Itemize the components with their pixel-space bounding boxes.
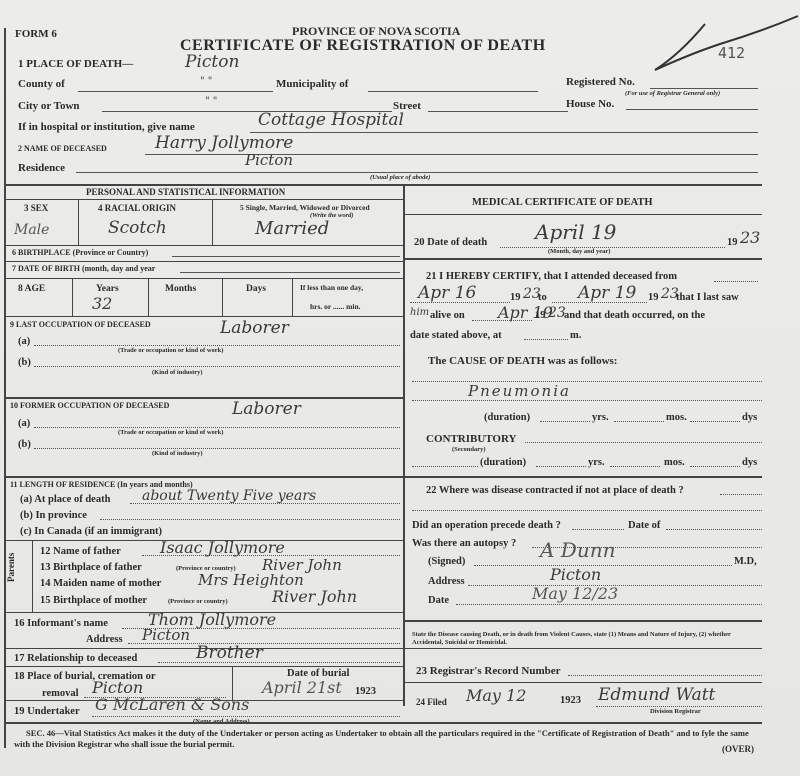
former-occupation-a-field[interactable] [34, 427, 400, 428]
burial-date-year: 1923 [355, 686, 376, 697]
rule [4, 278, 403, 279]
rule [4, 261, 403, 262]
physician-date-field[interactable] [456, 604, 762, 605]
footer-notice: SEC. 46—Vital Statistics Act makes it th… [14, 728, 762, 750]
secondary-note: (Secondary) [452, 446, 486, 453]
city-label: City or Town [18, 100, 80, 112]
rule [148, 278, 149, 316]
rule [78, 199, 79, 245]
rule [4, 316, 403, 317]
house-no-field[interactable] [626, 109, 758, 110]
father-name-label: 12 Name of father [40, 546, 121, 557]
filed-label: 24 Filed [416, 697, 447, 707]
in-province-field[interactable] [100, 519, 400, 520]
sex-label: 3 SEX [24, 203, 48, 213]
mos-label: mos. [666, 412, 687, 423]
birthplace-field[interactable] [172, 256, 400, 257]
mother-name-label: 14 Maiden name of mother [40, 578, 161, 589]
grid-bottom-rule [4, 722, 762, 724]
registrar-signature-field[interactable] [596, 706, 762, 707]
signed-value[interactable]: A Dunn [540, 538, 615, 562]
signed-field[interactable] [474, 565, 732, 566]
place-of-death-value[interactable]: Picton [185, 52, 239, 72]
contracted-label: 22 Where was disease contracted if not a… [426, 485, 684, 496]
time-of-death-field[interactable] [524, 339, 568, 340]
last-occupation-a-label: (a) [18, 336, 30, 347]
rule [403, 476, 762, 478]
former-trade-note: (Trade or occupation or kind of work) [118, 429, 223, 436]
county-value: " " [200, 76, 212, 87]
yrs-label: yrs. [592, 412, 609, 423]
birthplace-label: 6 BIRTHPLACE (Province or Country) [12, 248, 148, 257]
in-province-label: (b) In province [20, 510, 87, 521]
mother-birthplace-label: 15 Birthplace of mother [40, 595, 147, 606]
relationship-value[interactable]: Brother [196, 643, 263, 663]
record-number-field[interactable] [568, 675, 762, 676]
mother-birthplace-note: (Province or country) [168, 598, 228, 605]
rule [403, 214, 762, 215]
contributory-dys-field[interactable] [690, 466, 740, 467]
last-saw-label: that I last saw [676, 292, 739, 303]
contributory-pre-field[interactable] [412, 466, 478, 467]
hospital-value[interactable]: Cottage Hospital [258, 110, 404, 130]
filed-value[interactable]: May 12 [466, 686, 526, 705]
record-number-label: 23 Registrar's Record Number [416, 665, 561, 677]
municipality-label: Municipality of [276, 78, 348, 90]
rule [212, 199, 213, 245]
relationship-label: 17 Relationship to deceased [14, 653, 137, 664]
rule [222, 278, 223, 316]
residence-label: Residence [18, 162, 65, 174]
attended-from-value[interactable]: Apr 16 [418, 283, 476, 303]
last-occupation-b-label: (b) [18, 357, 31, 368]
cause-label: The CAUSE OF DEATH was as follows: [428, 355, 617, 367]
certify-field[interactable] [714, 281, 758, 282]
informant-name-label: 16 Informant's name [14, 618, 108, 629]
contributory-field[interactable] [525, 442, 762, 443]
hospital-label: If in hospital or institution, give name [18, 121, 195, 133]
contributory-dys-label: dys [742, 457, 757, 468]
medical-section-title: MEDICAL CERTIFICATE OF DEATH [472, 197, 653, 208]
contracted-field-2[interactable] [412, 510, 762, 511]
date-of-death-year-prefix: 19 [727, 237, 738, 248]
certify-label: 21 I HEREBY CERTIFY, that I attended dec… [426, 271, 677, 282]
marital-value[interactable]: Married [255, 218, 329, 239]
left-border [4, 28, 6, 748]
former-occupation-value[interactable]: Laborer [232, 399, 301, 419]
operation-label: Did an operation precede death ? [412, 520, 561, 531]
cause-field-1[interactable] [412, 381, 762, 382]
years-label: Years [96, 284, 119, 294]
contributory-mos-field[interactable] [610, 466, 660, 467]
days-label: Days [246, 284, 266, 294]
last-occupation-label: 9 LAST OCCUPATION OF DECEASED [10, 320, 151, 329]
burial-removal-label: removal [42, 688, 79, 699]
attended-to-value[interactable]: Apr 19 [578, 283, 636, 303]
racial-origin-label: 4 RACIAL ORIGIN [98, 203, 176, 213]
street-field[interactable] [428, 111, 568, 112]
months-label: Months [165, 284, 196, 294]
from-year-prefix: 19 [510, 292, 521, 303]
autopsy-label: Was there an autopsy ? [412, 538, 516, 549]
hrs-min-label: hrs. or ...... min. [310, 302, 361, 311]
md-label: M.D, [734, 556, 757, 567]
last-occupation-b-field[interactable] [34, 366, 400, 367]
occurred-label: and that death occurred, on the [564, 310, 705, 321]
duration-label: (duration) [484, 412, 530, 423]
registrar-note: Division Registrar [650, 708, 701, 715]
last-occupation-a-field[interactable] [34, 345, 400, 346]
operation-field[interactable] [572, 529, 624, 530]
personal-section-title: PERSONAL AND STATISTICAL INFORMATION [86, 187, 285, 197]
over-label: (OVER) [722, 744, 754, 754]
rule [4, 245, 403, 246]
rule [32, 540, 33, 612]
relationship-field[interactable] [158, 662, 400, 663]
municipality-field[interactable] [368, 91, 538, 92]
residence-value[interactable]: Picton [245, 151, 293, 169]
duration-dys-field[interactable] [690, 421, 740, 422]
rule [403, 258, 762, 260]
parents-side-label: Parents [6, 553, 16, 582]
at-place-value[interactable]: about Twenty Five years [142, 488, 316, 504]
mother-birthplace-value[interactable]: River John [272, 587, 357, 606]
house-no-label: House No. [566, 98, 614, 110]
him-value[interactable]: him [410, 307, 429, 318]
to-label: to [538, 292, 547, 303]
date-stated-label: date stated above, at [410, 330, 502, 341]
alive-year-prefix: 19 [535, 310, 546, 321]
registered-no-field[interactable] [650, 88, 758, 89]
form-number: FORM 6 [15, 28, 57, 40]
registered-no-note: (For use of Registrar General only) [625, 90, 720, 97]
father-name-value[interactable]: Isaac Jollymore [160, 538, 285, 557]
date-of-death-year[interactable]: 23 [740, 228, 760, 247]
informant-address-label: Address [86, 634, 123, 645]
contributory-duration-label: (duration) [480, 457, 526, 468]
years-value[interactable]: 32 [92, 294, 112, 313]
county-field[interactable] [78, 91, 273, 92]
sex-value[interactable]: Male [14, 222, 49, 238]
contributory-yrs-label: yrs. [588, 457, 605, 468]
registrar-signature[interactable]: Edmund Watt [598, 685, 715, 705]
duration-mos-field[interactable] [614, 421, 664, 422]
physician-address-value[interactable]: Picton [550, 565, 601, 584]
former-occupation-a-label: (a) [18, 418, 30, 429]
rule [403, 620, 762, 622]
former-occupation-b-label: (b) [18, 439, 31, 450]
signed-label: (Signed) [428, 556, 465, 567]
former-industry-note: (Kind of industry) [152, 450, 203, 457]
dob-label: 7 DATE OF BIRTH (month, day and year [12, 264, 155, 273]
city-value: " " [205, 96, 217, 107]
deceased-name-field[interactable] [145, 154, 758, 155]
registered-no-label: Registered No. [566, 76, 635, 88]
hospital-field[interactable] [250, 132, 758, 133]
to-year-prefix: 19 [648, 292, 659, 303]
father-birthplace-label: 13 Birthplace of father [40, 562, 142, 573]
racial-origin-value[interactable]: Scotch [108, 218, 167, 238]
rule [4, 397, 403, 399]
physician-date-value[interactable]: May 12/23 [532, 584, 618, 603]
deceased-name-label: 2 NAME OF DECEASED [18, 144, 107, 153]
filed-year: 1923 [560, 695, 581, 706]
date-of-label: Date of [628, 520, 660, 531]
trade-note: (Trade or occupation or kind of work) [118, 347, 223, 354]
date-of-death-label: 20 Date of death [414, 237, 487, 248]
former-occupation-b-field[interactable] [34, 448, 400, 449]
rule [403, 682, 762, 683]
physician-address-label: Address [428, 576, 465, 587]
alive-on-label: alive on [430, 310, 465, 321]
rule [4, 666, 403, 667]
undertaker-field[interactable] [92, 716, 400, 717]
marital-label: 5 Single, Married, Widowed or Divorced [240, 203, 390, 212]
in-canada-label: (c) In Canada (if an immigrant) [20, 526, 162, 537]
undertaker-value[interactable]: G McLaren & Sons [95, 695, 249, 714]
center-divider [403, 184, 405, 706]
informant-address-value[interactable]: Picton [142, 626, 190, 644]
age-label: 8 AGE [18, 284, 45, 294]
residence-field[interactable] [76, 172, 758, 173]
m-label: m. [570, 330, 581, 341]
contributory-yrs-field[interactable] [536, 466, 586, 467]
undertaker-label: 19 Undertaker [14, 706, 80, 717]
rule [4, 199, 403, 200]
place-of-death-label: 1 PLACE OF DEATH— [18, 58, 133, 70]
contributory-mos-label: mos. [664, 457, 685, 468]
residence-note: (Usual place of abode) [370, 174, 430, 181]
burial-date-value[interactable]: April 21st [262, 678, 342, 697]
industry-note: (Kind of industry) [152, 369, 203, 376]
cause-field-2[interactable] [412, 400, 762, 401]
less-than-day-label: If less than one day, [300, 283, 363, 292]
date-of-death-field[interactable] [500, 247, 725, 248]
cause-instructions: State the Disease causing Death, or in d… [412, 631, 762, 646]
deceased-name-value[interactable]: Harry Jollymore [155, 133, 293, 153]
at-place-label: (a) At place of death [20, 494, 110, 505]
rule [292, 278, 293, 316]
date-of-death-value[interactable]: April 19 [535, 220, 616, 244]
rule [403, 648, 762, 649]
duration-yrs-field[interactable] [540, 421, 590, 422]
dys-label: dys [742, 412, 757, 423]
last-occupation-value[interactable]: Laborer [220, 318, 289, 338]
former-occupation-label: 10 FORMER OCCUPATION OF DECEASED [10, 401, 169, 410]
rule [72, 278, 73, 316]
dob-field[interactable] [180, 272, 400, 273]
rule [4, 476, 403, 478]
cause-value[interactable]: Pneumonia [468, 382, 571, 400]
operation-date-field[interactable] [666, 529, 762, 530]
certificate: FORM 6 PROVINCE OF NOVA SCOTIA CERTIFICA… [0, 0, 800, 776]
grid-top-rule [4, 184, 762, 186]
county-label: County of [18, 78, 65, 90]
contracted-field[interactable] [720, 494, 762, 495]
pen-stroke-mark [650, 14, 800, 74]
date-of-death-note: (Month, day and year) [548, 248, 610, 255]
contributory-label: CONTRIBUTORY [426, 433, 516, 445]
physician-date-label: Date [428, 595, 449, 606]
